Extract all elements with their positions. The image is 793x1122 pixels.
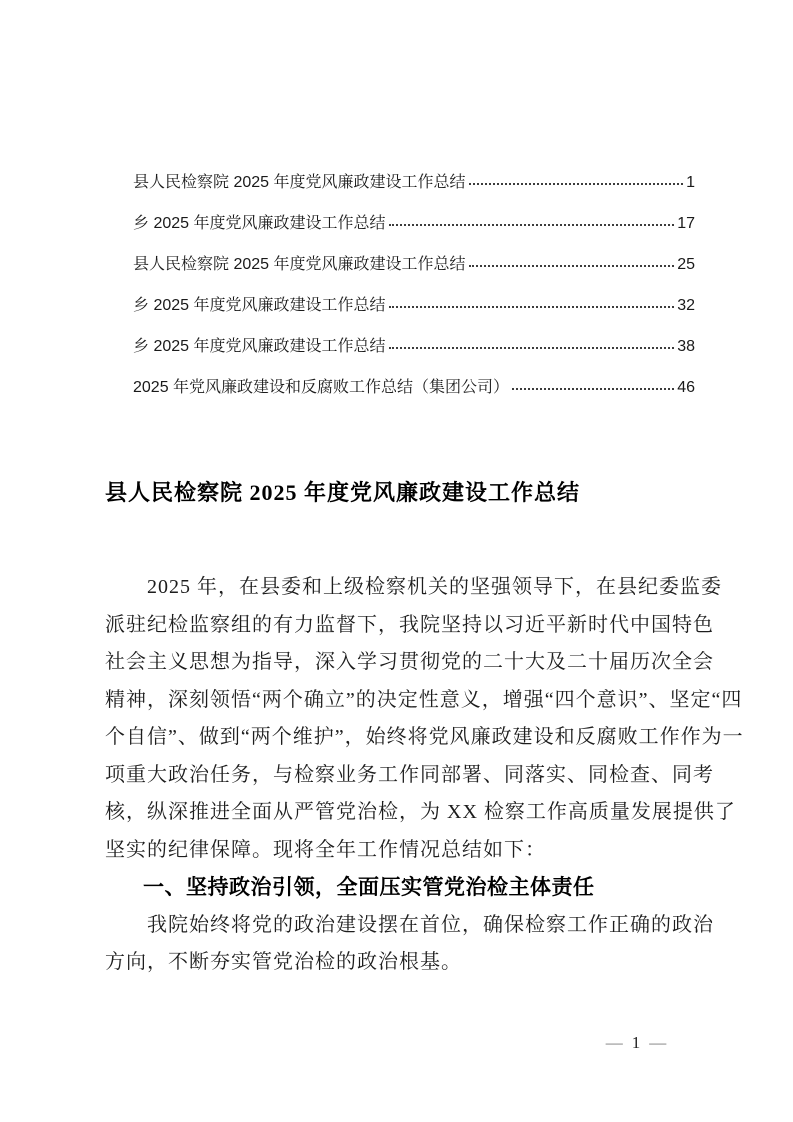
page-number: — 1 — (594, 1031, 678, 1055)
document-title: 县人民检察院 2025 年度党风廉政建设工作总结 (105, 476, 580, 507)
toc-dot-leader (469, 183, 684, 185)
toc-entry-page-number: 38 (677, 326, 695, 367)
body-line: 社会主义思想为指导，深入学习贯彻党的二十大及二十届历次全会 (105, 644, 693, 682)
body-line: 个自信”、做到“两个维护”，始终将党风廉政建设和反腐败工作作为一 (105, 719, 693, 757)
toc-entry-page-number: 46 (677, 367, 695, 408)
toc-entry-page-number: 32 (677, 285, 695, 326)
toc-entry-page-number: 25 (677, 244, 695, 285)
toc-entry-page-number: 1 (686, 162, 695, 203)
toc-dot-leader (512, 388, 674, 390)
page-number-dash-right: — (649, 1033, 666, 1053)
body-line: 项重大政治任务，与检察业务工作同部署、同落实、同检查、同考 (105, 757, 693, 795)
toc-dot-leader (389, 224, 675, 226)
body-line: 2025 年，在县委和上级检察机关的坚强领导下，在县纪委监委 (105, 569, 693, 607)
page-number-dash-left: — (606, 1033, 623, 1053)
toc-entry[interactable]: 乡 2025 年度党风廉政建设工作总结 17 (133, 203, 695, 244)
body-line: 派驻纪检监察组的有力监督下，我院坚持以习近平新时代中国特色 (105, 607, 693, 645)
toc-entry-label: 乡 2025 年度党风廉政建设工作总结 (133, 203, 386, 244)
body-line: 我院始终将党的政治建设摆在首位，确保检察工作正确的政治 (105, 907, 693, 945)
toc-entry[interactable]: 乡 2025 年度党风廉政建设工作总结 32 (133, 285, 695, 326)
page-number-value: 1 (632, 1033, 641, 1053)
document-body: 2025 年，在县委和上级检察机关的坚强领导下，在县纪委监委 派驻纪检监察组的有… (105, 569, 693, 982)
table-of-contents: 县人民检察院 2025 年度党风廉政建设工作总结 1 乡 2025 年度党风廉政… (133, 162, 695, 408)
toc-dot-leader (389, 306, 675, 308)
toc-entry[interactable]: 县人民检察院 2025 年度党风廉政建设工作总结 25 (133, 244, 695, 285)
toc-entry-label: 县人民检察院 2025 年度党风廉政建设工作总结 (133, 244, 466, 285)
document-page: 县人民检察院 2025 年度党风廉政建设工作总结 1 乡 2025 年度党风廉政… (0, 0, 793, 1122)
body-line: 核，纵深推进全面从严管党治检，为 XX 检察工作高质量发展提供了 (105, 794, 693, 832)
toc-entry[interactable]: 乡 2025 年度党风廉政建设工作总结 38 (133, 326, 695, 367)
toc-dot-leader (389, 347, 675, 349)
toc-entry-label: 2025 年党风廉政建设和反腐败工作总结（集团公司） (133, 367, 509, 408)
toc-entry-page-number: 17 (677, 203, 695, 244)
toc-dot-leader (469, 265, 675, 267)
section-heading: 一、坚持政治引领，全面压实管党治检主体责任 (105, 869, 693, 907)
toc-entry[interactable]: 县人民检察院 2025 年度党风廉政建设工作总结 1 (133, 162, 695, 203)
body-line: 方向，不断夯实管党治检的政治根基。 (105, 944, 693, 982)
body-line: 精神，深刻领悟“两个确立”的决定性意义，增强“四个意识”、坚定“四 (105, 682, 693, 720)
toc-entry-label: 县人民检察院 2025 年度党风廉政建设工作总结 (133, 162, 466, 203)
toc-entry[interactable]: 2025 年党风廉政建设和反腐败工作总结（集团公司） 46 (133, 367, 695, 408)
toc-entry-label: 乡 2025 年度党风廉政建设工作总结 (133, 285, 386, 326)
body-line: 坚实的纪律保障。现将全年工作情况总结如下： (105, 832, 693, 870)
toc-entry-label: 乡 2025 年度党风廉政建设工作总结 (133, 326, 386, 367)
